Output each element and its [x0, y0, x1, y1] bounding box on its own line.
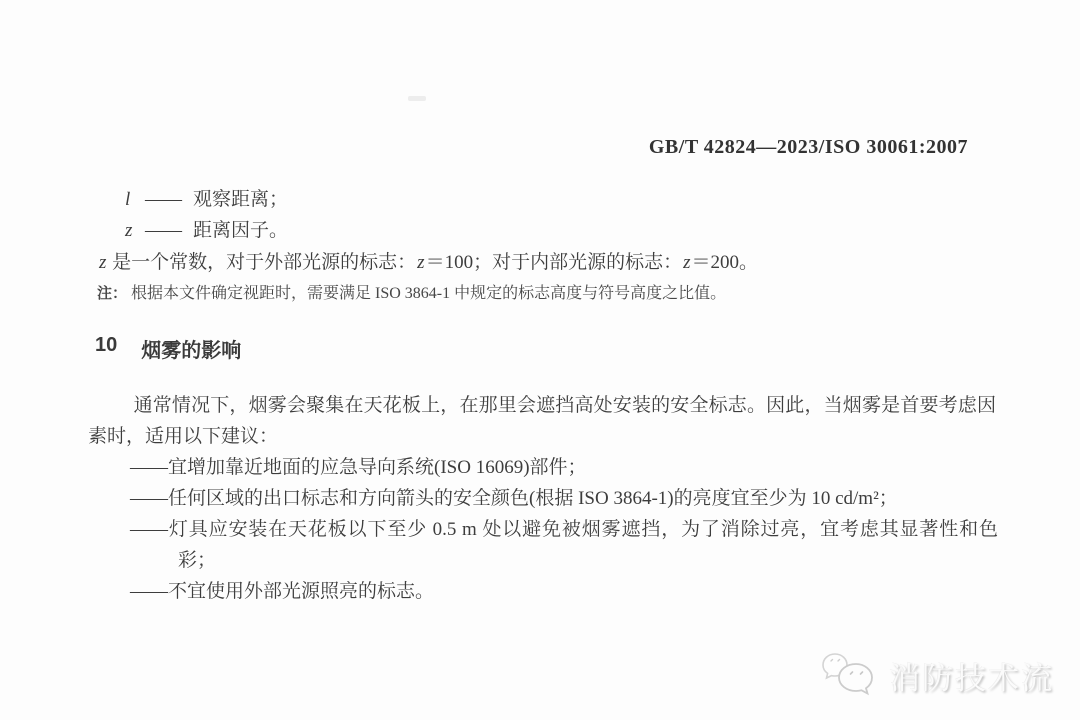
recommendation-list: ——宜增加靠近地面的应急导向系统(ISO 16069)部件； ——任何区域的出口…	[88, 452, 998, 607]
constant-text: ＝100；对于内部光源的标志：	[426, 252, 683, 273]
definition-list: l —— 观察距离； z —— 距离因子。	[125, 184, 288, 246]
document-page: GB/T 42824—2023/ISO 30061:2007 l —— 观察距离…	[0, 0, 1080, 720]
recommendation-item: ——宜增加靠近地面的应急导向系统(ISO 16069)部件；	[88, 452, 998, 483]
scan-smudge	[408, 96, 426, 101]
definition-row: z —— 距离因子。	[125, 215, 288, 246]
section-number: 10	[95, 334, 117, 363]
body-paragraph: 通常情况下，烟雾会聚集在天花板上，在那里会遮挡高处安装的安全标志。因此，当烟雾是…	[88, 390, 996, 452]
note-label: 注：	[97, 285, 127, 302]
constant-text: ＝200。	[692, 252, 759, 273]
variable-z: z	[416, 252, 425, 273]
constant-definition-line: z 是一个常数，对于外部光源的标志：z＝100；对于内部光源的标志：z＝200。	[98, 248, 758, 278]
variable-z: z	[682, 252, 691, 273]
definition-dash: ——	[145, 215, 181, 246]
constant-text: 是一个常数，对于外部光源的标志：	[107, 252, 416, 273]
recommendation-item: ——任何区域的出口标志和方向箭头的安全颜色(根据 ISO 3864-1)的亮度宜…	[88, 483, 998, 514]
watermark-text: 消防技术流	[889, 653, 1054, 698]
definition-symbol: l	[125, 184, 145, 215]
recommendation-item: ——灯具应安装在天花板以下至少 0.5 m 处以避免被烟雾遮挡，为了消除过亮，宜…	[88, 514, 998, 576]
doc-number: GB/T 42824—2023/ISO 30061:2007	[649, 136, 968, 159]
note-text: 根据本文件确定视距时，需要满足 ISO 3864-1 中规定的标志高度与符号高度…	[131, 285, 726, 302]
note-line: 注：根据本文件确定视距时，需要满足 ISO 3864-1 中规定的标志高度与符号…	[97, 282, 726, 306]
variable-z: z	[98, 252, 107, 273]
section-heading: 10 烟雾的影响	[95, 334, 241, 363]
section-title: 烟雾的影响	[141, 334, 241, 363]
definition-row: l —— 观察距离；	[125, 184, 288, 215]
watermark: 消防技术流	[821, 650, 1054, 700]
definition-symbol: z	[125, 215, 145, 246]
recommendation-item: ——不宜使用外部光源照亮的标志。	[88, 576, 998, 607]
wechat-chat-bubbles-icon	[821, 650, 877, 700]
definition-text: 距离因子。	[193, 215, 288, 246]
definition-dash: ——	[145, 184, 181, 215]
definition-text: 观察距离；	[193, 184, 288, 215]
